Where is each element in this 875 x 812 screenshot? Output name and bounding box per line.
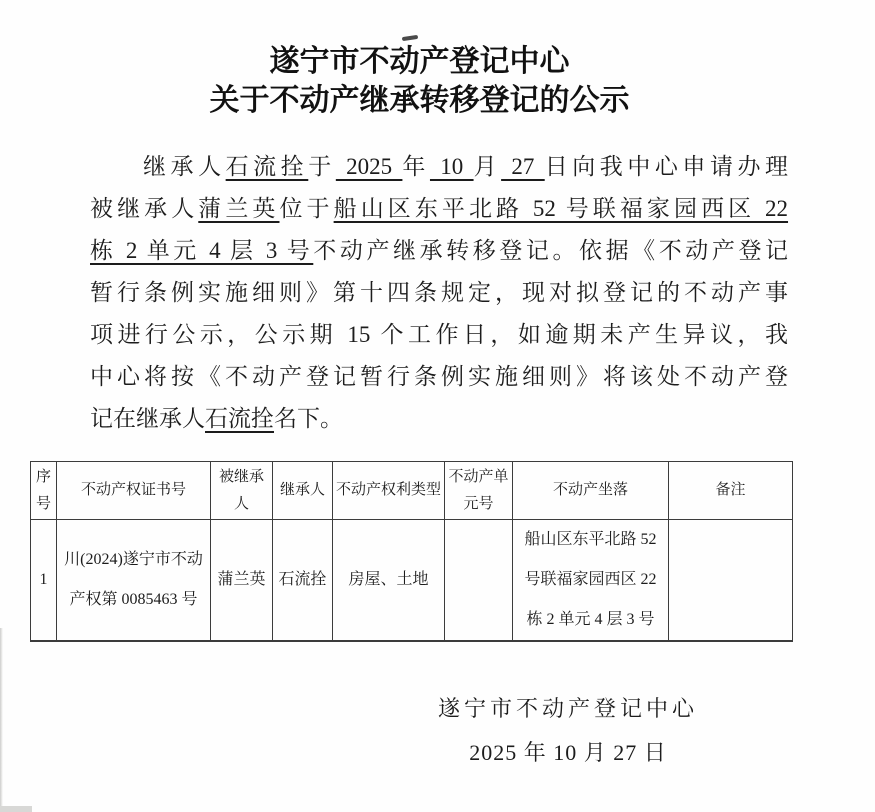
table-header-cell: 不动产权证书号 (57, 462, 211, 520)
signature-date: 2025 年 10 月 27 日 (432, 738, 704, 768)
title-line-2: 关于不动产继承转移登记的公示 (0, 81, 857, 120)
body-line: 记在继承人石流拴名下。 (90, 398, 788, 440)
table-row: 1川(2024)遂宁市不动 产权第 0085463 号蒲兰英石流拴房屋、土地船山… (31, 520, 793, 642)
body-text: 月 (474, 154, 502, 179)
underlined-text: 石流拴 (226, 154, 309, 179)
scan-artifact-bottom-edge (0, 806, 32, 812)
body-line: 栋 2 单元 4 层 3 号不动产继承转移登记。依据《不动产登记 (90, 230, 788, 272)
underlined-text: 石流拴 (205, 406, 274, 431)
body-text: 年 (402, 154, 430, 179)
table-cell (669, 520, 793, 642)
body-text: 名下。 (274, 406, 343, 431)
scanned-notice-page: 遂宁市不动产登记中心 关于不动产继承转移登记的公示 继承人石流拴于 2025 年… (0, 0, 875, 812)
table-header-row: 序号不动产权证书号被继承人继承人不动产权利类型不动产单元号不动产坐落备注 (31, 462, 793, 520)
table-cell: 蒲兰英 (211, 520, 273, 642)
table-header-cell: 继承人 (273, 462, 333, 520)
underlined-text: 10 (430, 154, 474, 179)
body-text: 记在继承人 (90, 406, 205, 431)
table-header-cell: 不动产坐落 (513, 462, 669, 520)
body-line: 中心将按《不动产登记暂行条例实施细则》将该处不动产登 (90, 356, 788, 398)
scan-artifact-speck (402, 35, 418, 41)
signature-org: 遂宁市不动产登记中心 (432, 694, 704, 724)
document-title: 遂宁市不动产登记中心 关于不动产继承转移登记的公示 (0, 42, 857, 120)
signature-block: 遂宁市不动产登记中心 2025 年 10 月 27 日 (432, 694, 704, 768)
body-line: 暂行条例实施细则》第十四条规定，现对拟登记的不动产事 (90, 272, 788, 314)
underlined-text: 2025 (336, 154, 403, 179)
body-text: 于 (308, 154, 336, 179)
table-cell: 房屋、土地 (333, 520, 445, 642)
body-line: 被继承人蒲兰英位于船山区东平北路 52 号联福家园西区 22 (90, 188, 788, 230)
table-cell (445, 520, 513, 642)
body-line: 项进行公示，公示期 15 个工作日，如逾期未产生异议，我 (90, 314, 788, 356)
body-text: 日向我中心申请办理 (545, 154, 788, 179)
scan-artifact-left-edge (0, 628, 3, 812)
underlined-text: 27 (501, 154, 545, 179)
table-header-cell: 不动产单元号 (445, 462, 513, 520)
body-text: 中心将按《不动产登记暂行条例实施细则》将该处不动产登 (90, 364, 788, 389)
body-text: 继承人 (143, 154, 226, 179)
table-header-cell: 备注 (669, 462, 793, 520)
title-line-1: 遂宁市不动产登记中心 (0, 42, 857, 81)
body-text: 不动产继承转移登记。依据《不动产登记 (313, 238, 788, 263)
table-header-cell: 被继承人 (211, 462, 273, 520)
body-text: 暂行条例实施细则》第十四条规定，现对拟登记的不动产事 (90, 280, 788, 305)
body-text: 位于 (279, 196, 333, 221)
underlined-text: 栋 2 单元 4 层 3 号 (90, 238, 313, 263)
notice-body: 继承人石流拴于 2025 年 10 月 27 日向我中心申请办理被继承人蒲兰英位… (90, 146, 788, 440)
underlined-text: 蒲兰英 (198, 196, 279, 221)
underlined-text: 船山区东平北路 52 号联福家园西区 22 (334, 196, 788, 221)
body-text: 被继承人 (90, 196, 198, 221)
body-line: 继承人石流拴于 2025 年 10 月 27 日向我中心申请办理 (90, 146, 788, 188)
table-header-cell: 序号 (31, 462, 57, 520)
table-cell: 石流拴 (273, 520, 333, 642)
table-header-cell: 不动产权利类型 (333, 462, 445, 520)
table-cell: 川(2024)遂宁市不动 产权第 0085463 号 (57, 520, 211, 642)
table-cell: 船山区东平北路 52 号联福家园西区 22 栋 2 单元 4 层 3 号 (513, 520, 669, 642)
property-table: 序号不动产权证书号被继承人继承人不动产权利类型不动产单元号不动产坐落备注 1川(… (30, 461, 793, 642)
table-cell: 1 (31, 520, 57, 642)
body-text: 项进行公示，公示期 15 个工作日，如逾期未产生异议，我 (90, 322, 788, 347)
